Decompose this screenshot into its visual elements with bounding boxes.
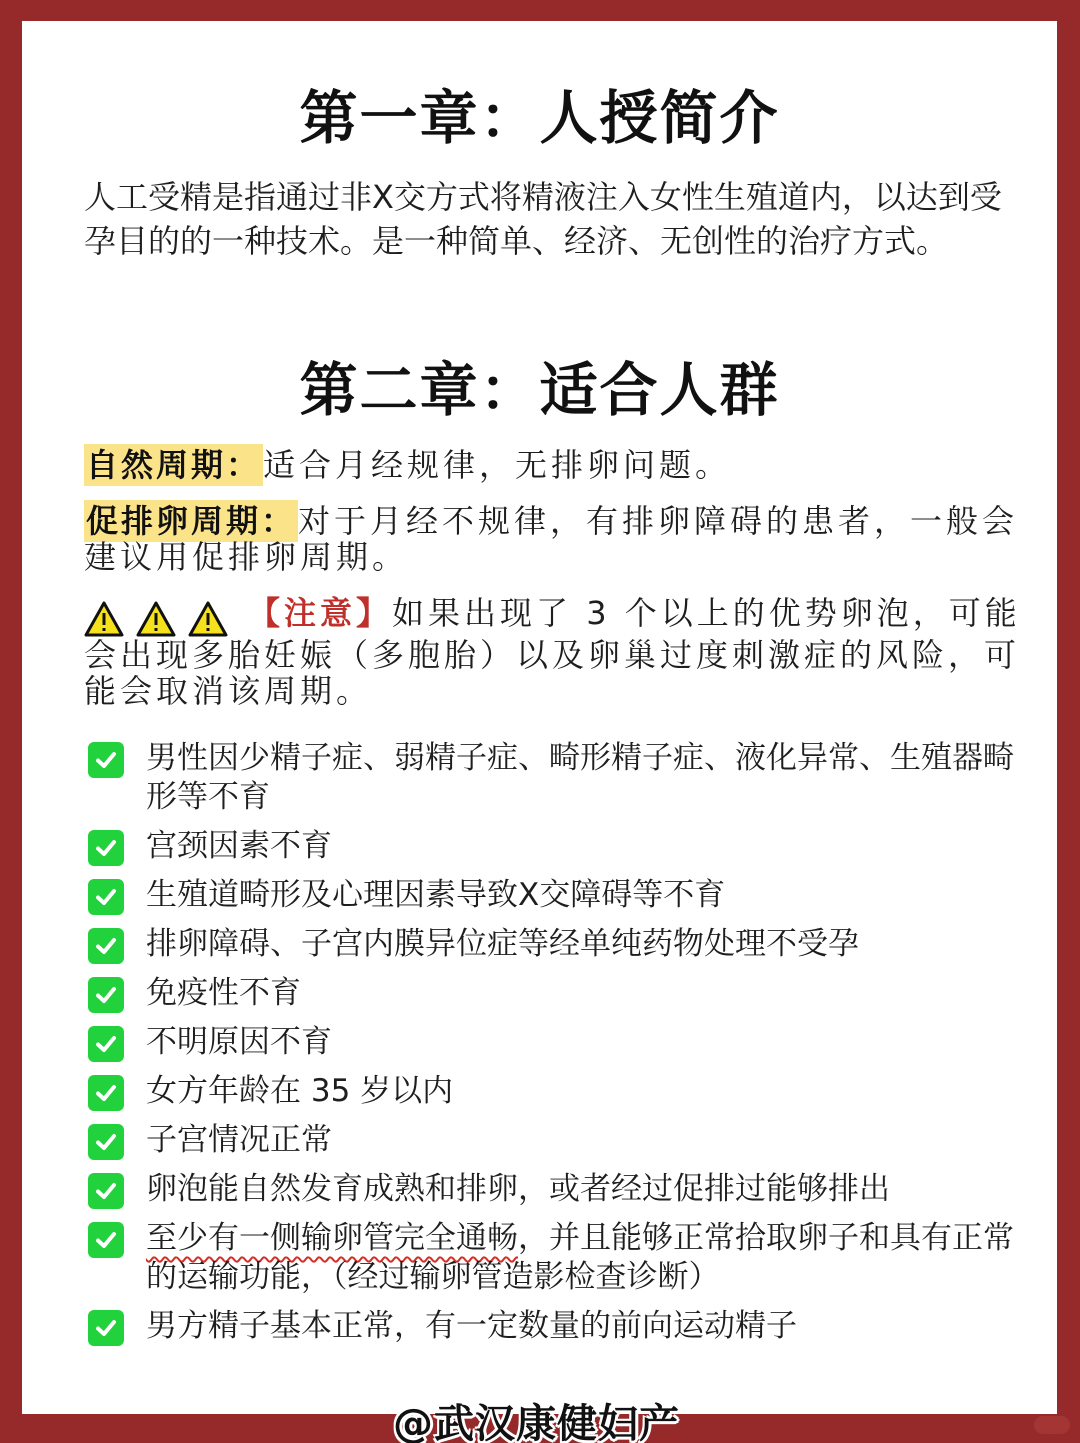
warning-note: 【注意】如果出现了 3 个以上的优势卵泡，可能会出现多胎妊娠（多胞胎）以及卵巢过… [84, 595, 1029, 709]
checkmark-icon [88, 1075, 124, 1111]
list-item: 至少有一侧输卵管完全通畅，并且能够正常拾取卵子和具有正常的运输功能，（经过输卵管… [84, 1219, 1034, 1297]
warning-icon [84, 601, 124, 637]
list-item-text: 子宫情况正常 [146, 1122, 332, 1158]
list-item-text: 男方精子基本正常，有一定数量的前向运动精子 [146, 1308, 797, 1344]
list-item: 男性因少精子症、弱精子症、畸形精子症、液化异常、生殖器畸形等不育 [84, 739, 1034, 817]
checkmark-icon [88, 1124, 124, 1160]
list-item: 排卵障碍、子宫内膜异位症等经单纯药物处理不受孕 [84, 925, 1034, 964]
checkmark-icon [88, 1026, 124, 1062]
list-item-text: 免疫性不育 [146, 975, 301, 1011]
list-item: 卵泡能自然发育成熟和排卵，或者经过促排过能够排出 [84, 1170, 1034, 1209]
checkmark-icon [88, 1222, 124, 1258]
checkmark-icon [88, 879, 124, 915]
checkmark-icon [88, 742, 124, 778]
list-item: 免疫性不育 [84, 974, 1034, 1013]
watermark: @武汉康健妇产 [393, 1392, 680, 1443]
list-item-text: 男性因少精子症、弱精子症、畸形精子症、液化异常、生殖器畸形等不育 [146, 740, 1014, 815]
list-item-text: 宫颈因素不育 [146, 828, 332, 864]
chapter2-title: 第二章：适合人群 [22, 343, 1057, 427]
list-item-text: 女方年龄在 35 岁以内 [146, 1073, 453, 1109]
list-item: 女方年龄在 35 岁以内 [84, 1072, 1034, 1111]
page-indicator-pill [1034, 1416, 1070, 1434]
ovulation-cycle: 促排卵周期：对于月经不规律，有排卵障碍的患者，一般会建议用促排卵周期。 [84, 503, 1029, 575]
checkmark-icon [88, 1173, 124, 1209]
list-item-text: 排卵障碍、子宫内膜异位症等经单纯药物处理不受孕 [146, 926, 859, 962]
chapter1-body: 人工受精是指通过非X交方式将精液注入女性生殖道内，以达到受孕目的的一种技术。是一… [84, 175, 1029, 263]
list-item: 生殖道畸形及心理因素导致X交障碍等不育 [84, 876, 1034, 915]
checkmark-icon [88, 830, 124, 866]
warning-icons [84, 599, 240, 637]
ovulation-cycle-label: 促排卵周期： [84, 500, 298, 542]
natural-cycle-label: 自然周期： [84, 444, 263, 486]
warning-icon [188, 601, 228, 637]
list-item: 不明原因不育 [84, 1023, 1034, 1062]
warning-icon [136, 601, 176, 637]
chapter1-title: 第一章：人授简介 [22, 71, 1057, 155]
list-item: 子宫情况正常 [84, 1121, 1034, 1160]
notice-label: 【注意】 [248, 594, 392, 632]
list-item: 宫颈因素不育 [84, 827, 1034, 866]
natural-cycle: 自然周期：适合月经规律，无排卵问题。 [84, 447, 1029, 483]
list-item-text: 卵泡能自然发育成熟和排卵，或者经过促排过能够排出 [146, 1171, 890, 1207]
checkmark-icon [88, 928, 124, 964]
list-item: 男方精子基本正常，有一定数量的前向运动精子 [84, 1307, 1034, 1346]
content-card: 第一章：人授简介 人工受精是指通过非X交方式将精液注入女性生殖道内，以达到受孕目… [22, 21, 1057, 1414]
list-item-text: 不明原因不育 [146, 1024, 332, 1060]
checkmark-icon [88, 1310, 124, 1346]
suitable-population-list: 男性因少精子症、弱精子症、畸形精子症、液化异常、生殖器畸形等不育 宫颈因素不育 … [84, 739, 1034, 1356]
natural-cycle-text: 适合月经规律，无排卵问题。 [263, 446, 731, 484]
checkmark-icon [88, 977, 124, 1013]
wavy-underlined-text: 至少有一侧输卵管完全通畅 [146, 1220, 518, 1256]
list-item-text: 生殖道畸形及心理因素导致X交障碍等不育 [146, 877, 725, 913]
